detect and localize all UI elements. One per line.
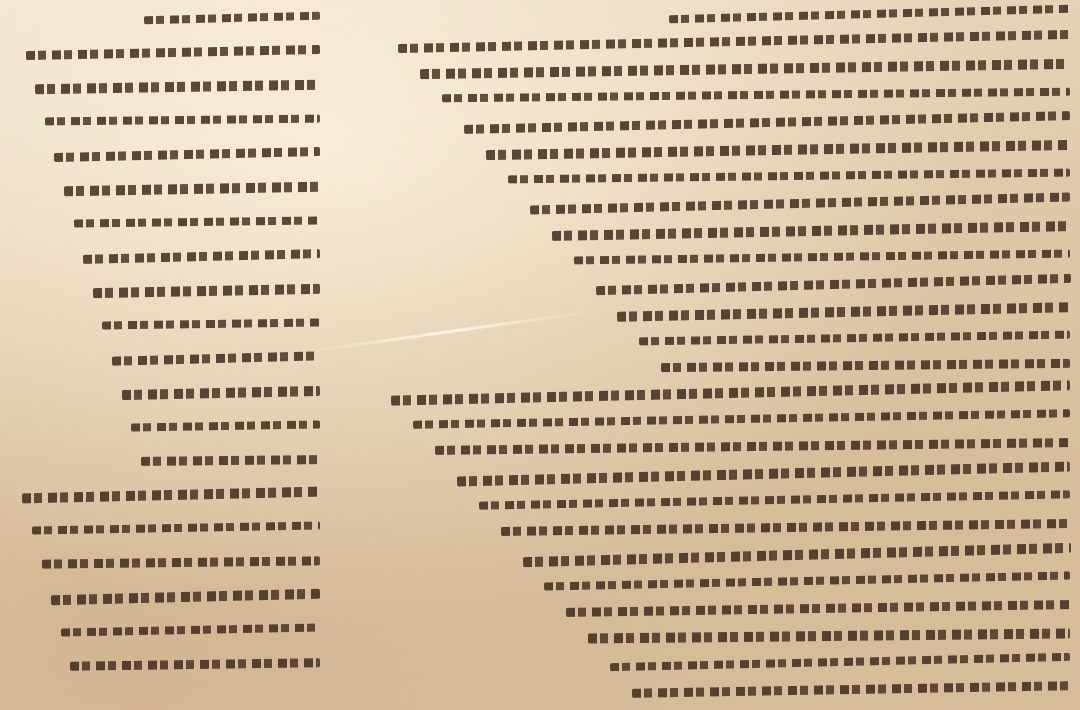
handwritten-text: [398, 30, 1070, 53]
handwritten-text: [617, 302, 1070, 321]
handwritten-text: [661, 359, 1070, 372]
script-line: [42, 556, 320, 568]
handwritten-text: [64, 182, 320, 196]
handwritten-text: [435, 438, 1070, 455]
handwritten-text: [32, 521, 320, 534]
script-line: [83, 249, 320, 264]
handwritten-text: [122, 386, 321, 400]
handwritten-text: [501, 519, 1070, 536]
script-line: [54, 147, 320, 162]
handwritten-text: [51, 589, 320, 606]
script-line: [552, 221, 1070, 241]
handwritten-text: [530, 192, 1070, 214]
script-line: [64, 182, 320, 196]
script-line: [639, 331, 1070, 346]
script-line: [668, 5, 1070, 24]
handwritten-text: [131, 421, 320, 432]
script-line: [112, 351, 320, 365]
script-line: [632, 681, 1070, 698]
script-line: [51, 589, 320, 606]
handwritten-text: [588, 628, 1070, 643]
handwritten-text: [83, 249, 320, 264]
handwritten-text: [102, 318, 320, 329]
script-line: [457, 462, 1070, 487]
script-line: [93, 284, 320, 298]
handwritten-text: [632, 681, 1070, 698]
script-line: [435, 438, 1070, 455]
script-line: [61, 624, 320, 637]
handwritten-text: [457, 462, 1070, 487]
handwritten-text: [45, 115, 320, 126]
script-line: [501, 519, 1070, 536]
script-line: [45, 115, 320, 126]
left-text-column: [0, 0, 330, 710]
script-line: [661, 359, 1070, 372]
script-line: [131, 421, 320, 432]
script-line: [544, 571, 1070, 590]
handwritten-text: [93, 284, 320, 298]
script-line: [464, 111, 1070, 134]
handwritten-text: [595, 274, 1070, 295]
right-text-column: [340, 0, 1080, 710]
handwritten-text: [420, 59, 1070, 79]
handwritten-text: [486, 140, 1070, 160]
handwritten-text: [464, 111, 1070, 134]
script-line: [588, 628, 1070, 643]
script-line: [420, 59, 1070, 79]
handwritten-text: [442, 88, 1070, 103]
script-line: [574, 250, 1070, 265]
script-line: [486, 140, 1070, 160]
script-line: [74, 216, 320, 227]
script-line: [102, 318, 320, 329]
handwritten-text: [668, 5, 1070, 24]
script-line: [617, 302, 1070, 321]
script-line: [413, 409, 1070, 428]
script-line: [26, 45, 321, 60]
script-line: [122, 386, 321, 400]
script-line: [479, 490, 1070, 509]
handwritten-text: [61, 624, 320, 637]
handwritten-text: [544, 571, 1070, 590]
handwritten-text: [144, 12, 320, 25]
script-line: [70, 658, 320, 670]
script-line: [522, 543, 1070, 567]
handwritten-text: [391, 380, 1070, 405]
handwritten-text: [552, 221, 1070, 241]
handwritten-text: [54, 147, 320, 162]
handwritten-text: [42, 556, 320, 568]
script-line: [610, 653, 1070, 671]
handwritten-text: [479, 490, 1070, 509]
script-line: [144, 12, 320, 25]
handwritten-text: [508, 169, 1070, 184]
handwritten-text: [26, 45, 321, 60]
script-line: [566, 600, 1070, 617]
script-line: [398, 30, 1070, 53]
script-line: [391, 380, 1070, 405]
parchment-scroll: Close-up photograph of an ancient parchm…: [0, 0, 1080, 710]
handwritten-text: [141, 455, 320, 466]
script-line: [595, 274, 1070, 295]
script-line: [22, 487, 320, 504]
script-line: [530, 192, 1070, 214]
script-line: [141, 455, 320, 466]
script-line: [35, 80, 320, 94]
handwritten-text: [22, 487, 320, 504]
script-line: [32, 521, 320, 534]
handwritten-text: [74, 216, 320, 227]
handwritten-text: [574, 250, 1070, 265]
handwritten-text: [639, 331, 1070, 346]
handwritten-text: [35, 80, 320, 94]
handwritten-text: [522, 543, 1070, 567]
script-line: [508, 169, 1070, 184]
handwritten-text: [112, 351, 320, 365]
handwritten-text: [70, 658, 320, 670]
handwritten-text: [610, 653, 1070, 671]
handwritten-text: [413, 409, 1070, 428]
script-line: [442, 88, 1070, 103]
handwritten-text: [566, 600, 1070, 617]
